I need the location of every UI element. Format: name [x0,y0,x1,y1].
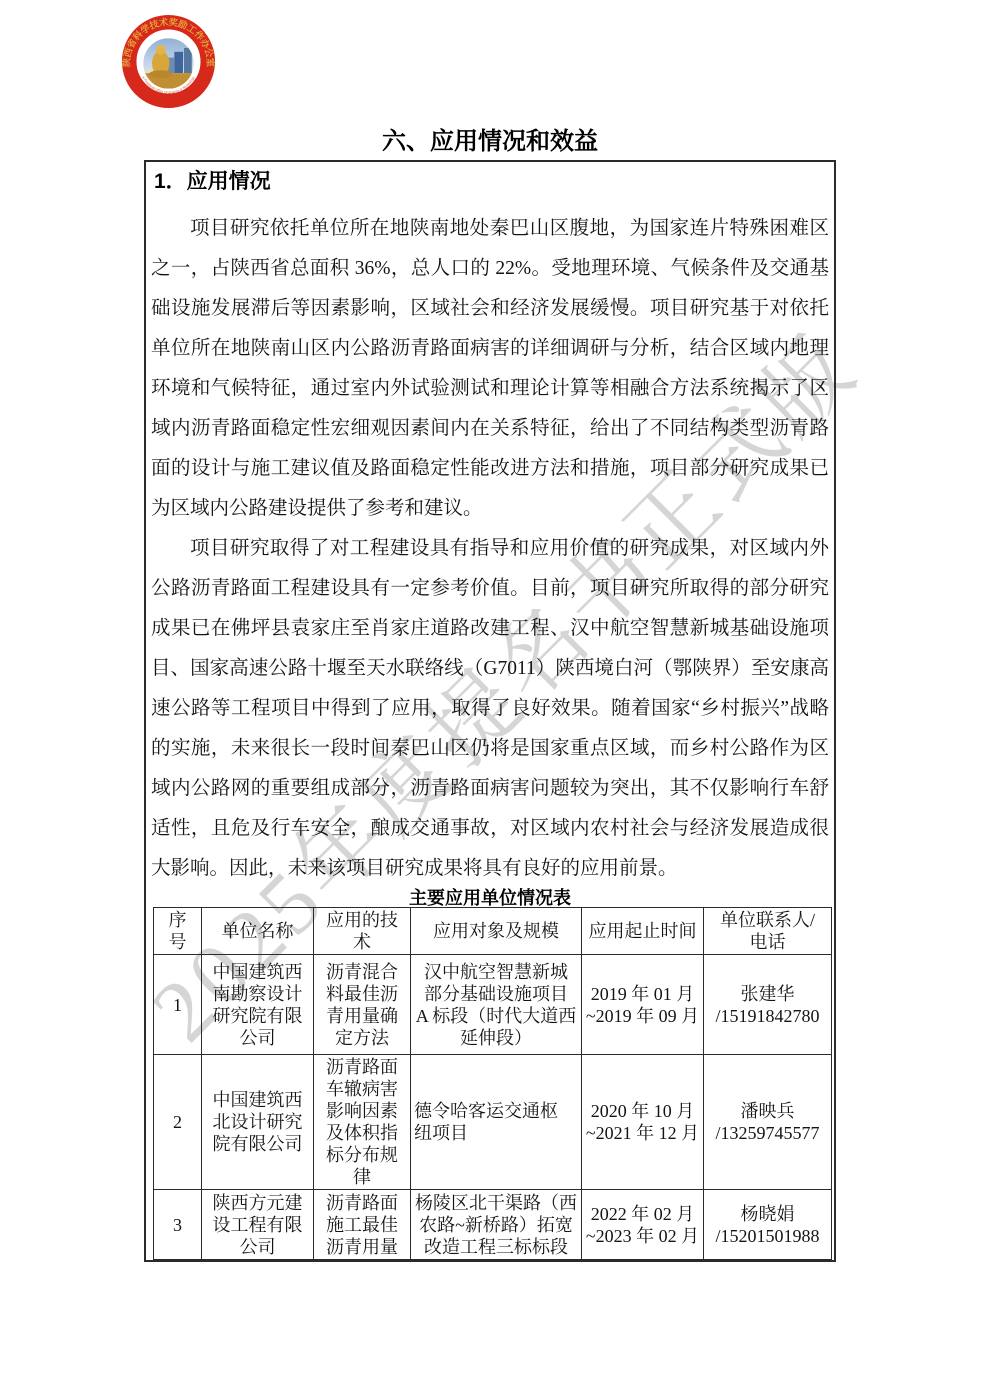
paragraph-1: 项目研究依托单位所在地陕南地处秦巴山区腹地，为国家连片特殊困难区之一，占陕西省总… [151,209,829,529]
cell-scope: 汉中航空智慧新城 部分基础设施项目 A 标段（时代大道西 延伸段） [411,955,582,1055]
cell-no: 2 [154,1055,202,1190]
cell-contact: 张建华 /15191842780 [704,955,832,1055]
cell-no: 3 [154,1190,202,1260]
cell-period: 2019 年 01 月 ~2019 年 09 月 [582,955,704,1055]
content-box: 1．应用情况 项目研究依托单位所在地陕南地处秦巴山区腹地，为国家连片特殊困难区之… [144,160,836,1262]
cell-no: 1 [154,955,202,1055]
org-seal-logo: 陕西省科学技术奖励工作办公室 Shaanxi Provincial Office… [120,13,217,110]
cell-contact: 潘映兵 /13259745577 [704,1055,832,1190]
seal-center-image [143,38,193,88]
cell-tech: 沥青路面 施工最佳 沥青用量 [314,1190,411,1260]
cell-period: 2020 年 10 月 ~2021 年 12 月 [582,1055,704,1190]
cell-unit: 中国建筑西 北设计研究 院有限公司 [202,1055,314,1190]
cell-tech: 沥青路面 车辙病害 影响因素 及体积指 标分布规 律 [314,1055,411,1190]
header-cell-period: 应用起止时间 [582,908,704,955]
page-title: 六、应用情况和效益 [144,128,836,156]
header-cell-unit: 单位名称 [202,908,314,955]
cell-tech: 沥青混合 料最佳沥 青用量确 定方法 [314,955,411,1055]
cell-unit: 中国建筑西 南勘察设计 研究院有限 公司 [202,955,314,1055]
application-table: 序 号 单位名称 应用的技 术 应用对象及规模 应用起止时间 单位联系人/ 电话… [153,907,832,1260]
cell-period: 2022 年 02 月 ~2023 年 02 月 [582,1190,704,1260]
table-row-3: 3 陕西方元建 设工程有限 公司 沥青路面 施工最佳 沥青用量 杨陵区北干渠路（… [154,1190,832,1260]
header-cell-contact: 单位联系人/ 电话 [704,908,832,955]
section-heading: 1．应用情况 [154,170,834,194]
table-title: 主要应用单位情况表 [146,889,834,907]
header-cell-scope: 应用对象及规模 [411,908,582,955]
document-page: 2025年度提名书正式版 陕西省科学技术奖励工作办公室 [0,0,990,1399]
table-header-row: 序 号 单位名称 应用的技 术 应用对象及规模 应用起止时间 单位联系人/ 电话 [154,908,832,955]
table-row-1: 1 中国建筑西 南勘察设计 研究院有限 公司 沥青混合 料最佳沥 青用量确 定方… [154,955,832,1055]
cell-scope: 杨陵区北干渠路（西 农路~新桥路）拓宽 改造工程三标标段 [411,1190,582,1260]
header-cell-tech: 应用的技 术 [314,908,411,955]
header-cell-no: 序 号 [154,908,202,955]
table-row-2: 2 中国建筑西 北设计研究 院有限公司 沥青路面 车辙病害 影响因素 及体积指 … [154,1055,832,1190]
paragraph-2: 项目研究取得了对工程建设具有指导和应用价值的研究成果，对区域内外公路沥青路面工程… [151,529,829,889]
cell-unit: 陕西方元建 设工程有限 公司 [202,1190,314,1260]
cell-contact: 杨晓娟 /15201501988 [704,1190,832,1260]
cell-scope: 德令哈客运交通枢 纽项目 [411,1055,582,1190]
